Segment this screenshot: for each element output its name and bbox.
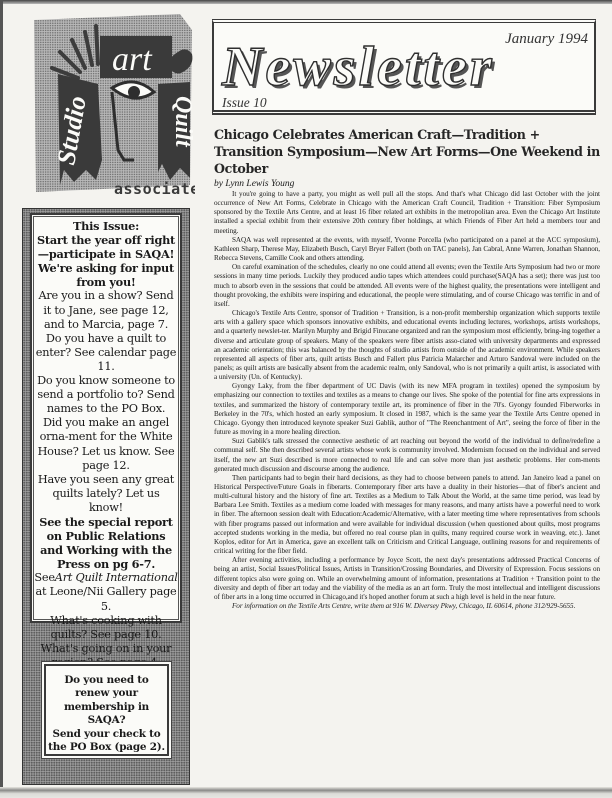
contact-info-note: For information on the Textile Arts Cent…	[214, 602, 600, 611]
article-paragraph: It you're going to have a party, you mig…	[214, 190, 600, 236]
this-issue-heading: This Issue:	[34, 219, 178, 233]
article-paragraph: On careful examination of the schedules,…	[214, 263, 600, 309]
article-paragraph: Then participants had to begin their har…	[214, 474, 600, 556]
page-edge-top	[0, 0, 612, 4]
article: Chicago Celebrates American Craft—Tradit…	[214, 126, 600, 611]
item-text: See	[34, 571, 54, 584]
publication-title: Art Quilt International	[55, 571, 178, 584]
item-text: at Leone/Nii Gallery page 5.	[35, 585, 176, 612]
this-issue-item: Do you know someone to send a portfolio …	[34, 374, 178, 416]
renew-membership-box: Do you need to renew your membership in …	[44, 664, 169, 756]
article-paragraph: Chicago's Textile Arts Centre, sponsor o…	[214, 309, 600, 382]
this-issue-box: This Issue: Start the year off right—par…	[30, 213, 182, 623]
this-issue-item: What's cooking with quilts? See page 10.	[34, 614, 178, 642]
newsletter-title: Newsletter	[222, 39, 495, 95]
logo-word-associates: associates	[114, 180, 195, 198]
this-issue-item: See the special report on Public Relatio…	[34, 515, 178, 571]
article-paragraph: Suzi Gablik's talk stressed the connecti…	[214, 437, 600, 474]
page-edge-left	[0, 0, 3, 798]
logo-word-art: art	[112, 41, 153, 78]
logo-word-quilt: Quilt	[170, 96, 195, 148]
article-byline: by Lynn Lewis Young	[214, 178, 600, 190]
this-issue-item: Have you seen any great quilts lately? L…	[34, 473, 178, 515]
issue-date: January 1994	[505, 31, 588, 48]
issue-number: Issue 10	[222, 95, 267, 111]
this-issue-item: Do you have a quilt to enter? See calend…	[34, 332, 178, 374]
page-edge-bottom	[0, 787, 612, 798]
article-headline: Chicago Celebrates American Craft—Tradit…	[214, 126, 600, 177]
this-issue-item: We're asking for input from you!	[34, 261, 178, 289]
article-paragraph: Gyongy Laky, from the fiber department o…	[214, 382, 600, 437]
article-body: It you're going to have a party, you mig…	[214, 190, 600, 611]
renew-question: Do you need to renew your membership in …	[48, 674, 165, 728]
masthead: January 1994 Newsletter Issue 10	[212, 19, 596, 115]
this-issue-item: Start the year off right—participate in …	[34, 233, 178, 261]
studio-art-quilt-associates-logo: art Studio Quilt associates	[30, 10, 195, 198]
this-issue-item: Did you make an angel orna-ment for the …	[34, 416, 178, 472]
this-issue-item: Are you in a show? Send it to Jane, see …	[34, 289, 178, 331]
sidebar: This Issue: Start the year off right—par…	[22, 208, 190, 785]
renew-instruction: Send your check to the PO Box (page 2).	[48, 728, 165, 755]
article-paragraph: After evening activities, including a pe…	[214, 556, 600, 602]
this-issue-item: SeeArt Quilt International at Leone/Nii …	[34, 571, 178, 613]
article-paragraph: SAQA was well represented at the events,…	[214, 236, 600, 263]
